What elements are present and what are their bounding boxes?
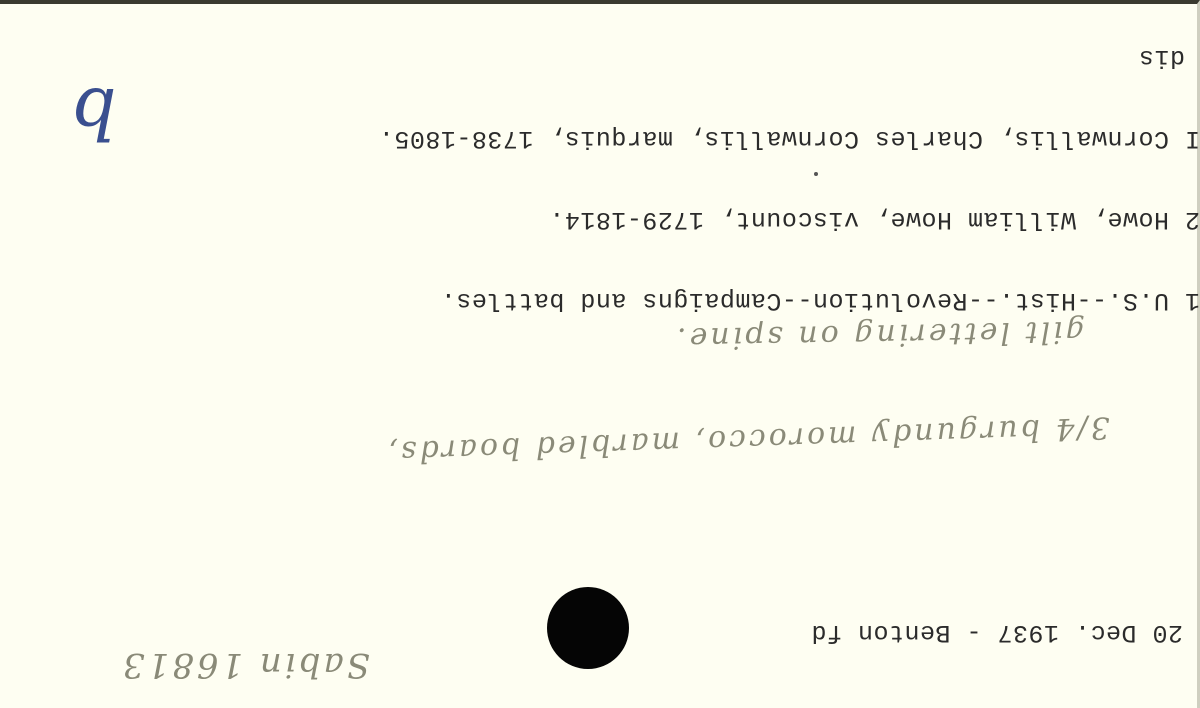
- punch-hole: [547, 587, 629, 669]
- tracing-dis: dis: [260, 44, 1200, 71]
- binding-note-line2: gilt lettering on spine.: [110, 313, 1110, 365]
- tracing-3: I Cornwallis, Charles Cornwallis, marqui…: [260, 125, 1200, 152]
- binding-note: 3/4 burgundy morocco, marbled boards, gi…: [110, 412, 1110, 532]
- accession-line: 20 Dec. 1937 - Benton fd: [683, 616, 1183, 646]
- catalog-card: b 1 U.S.--Hist.--Revolution--Campaigns a…: [0, 0, 1200, 708]
- shelf-mark: b: [64, 54, 124, 154]
- tracing-2: 2 Howe, William Howe, viscount, 1729-181…: [260, 206, 1200, 233]
- binding-note-line1: 3/4 burgundy morocco, marbled boards,: [110, 410, 1111, 480]
- sabin-reference: Sabin 16813: [40, 641, 370, 685]
